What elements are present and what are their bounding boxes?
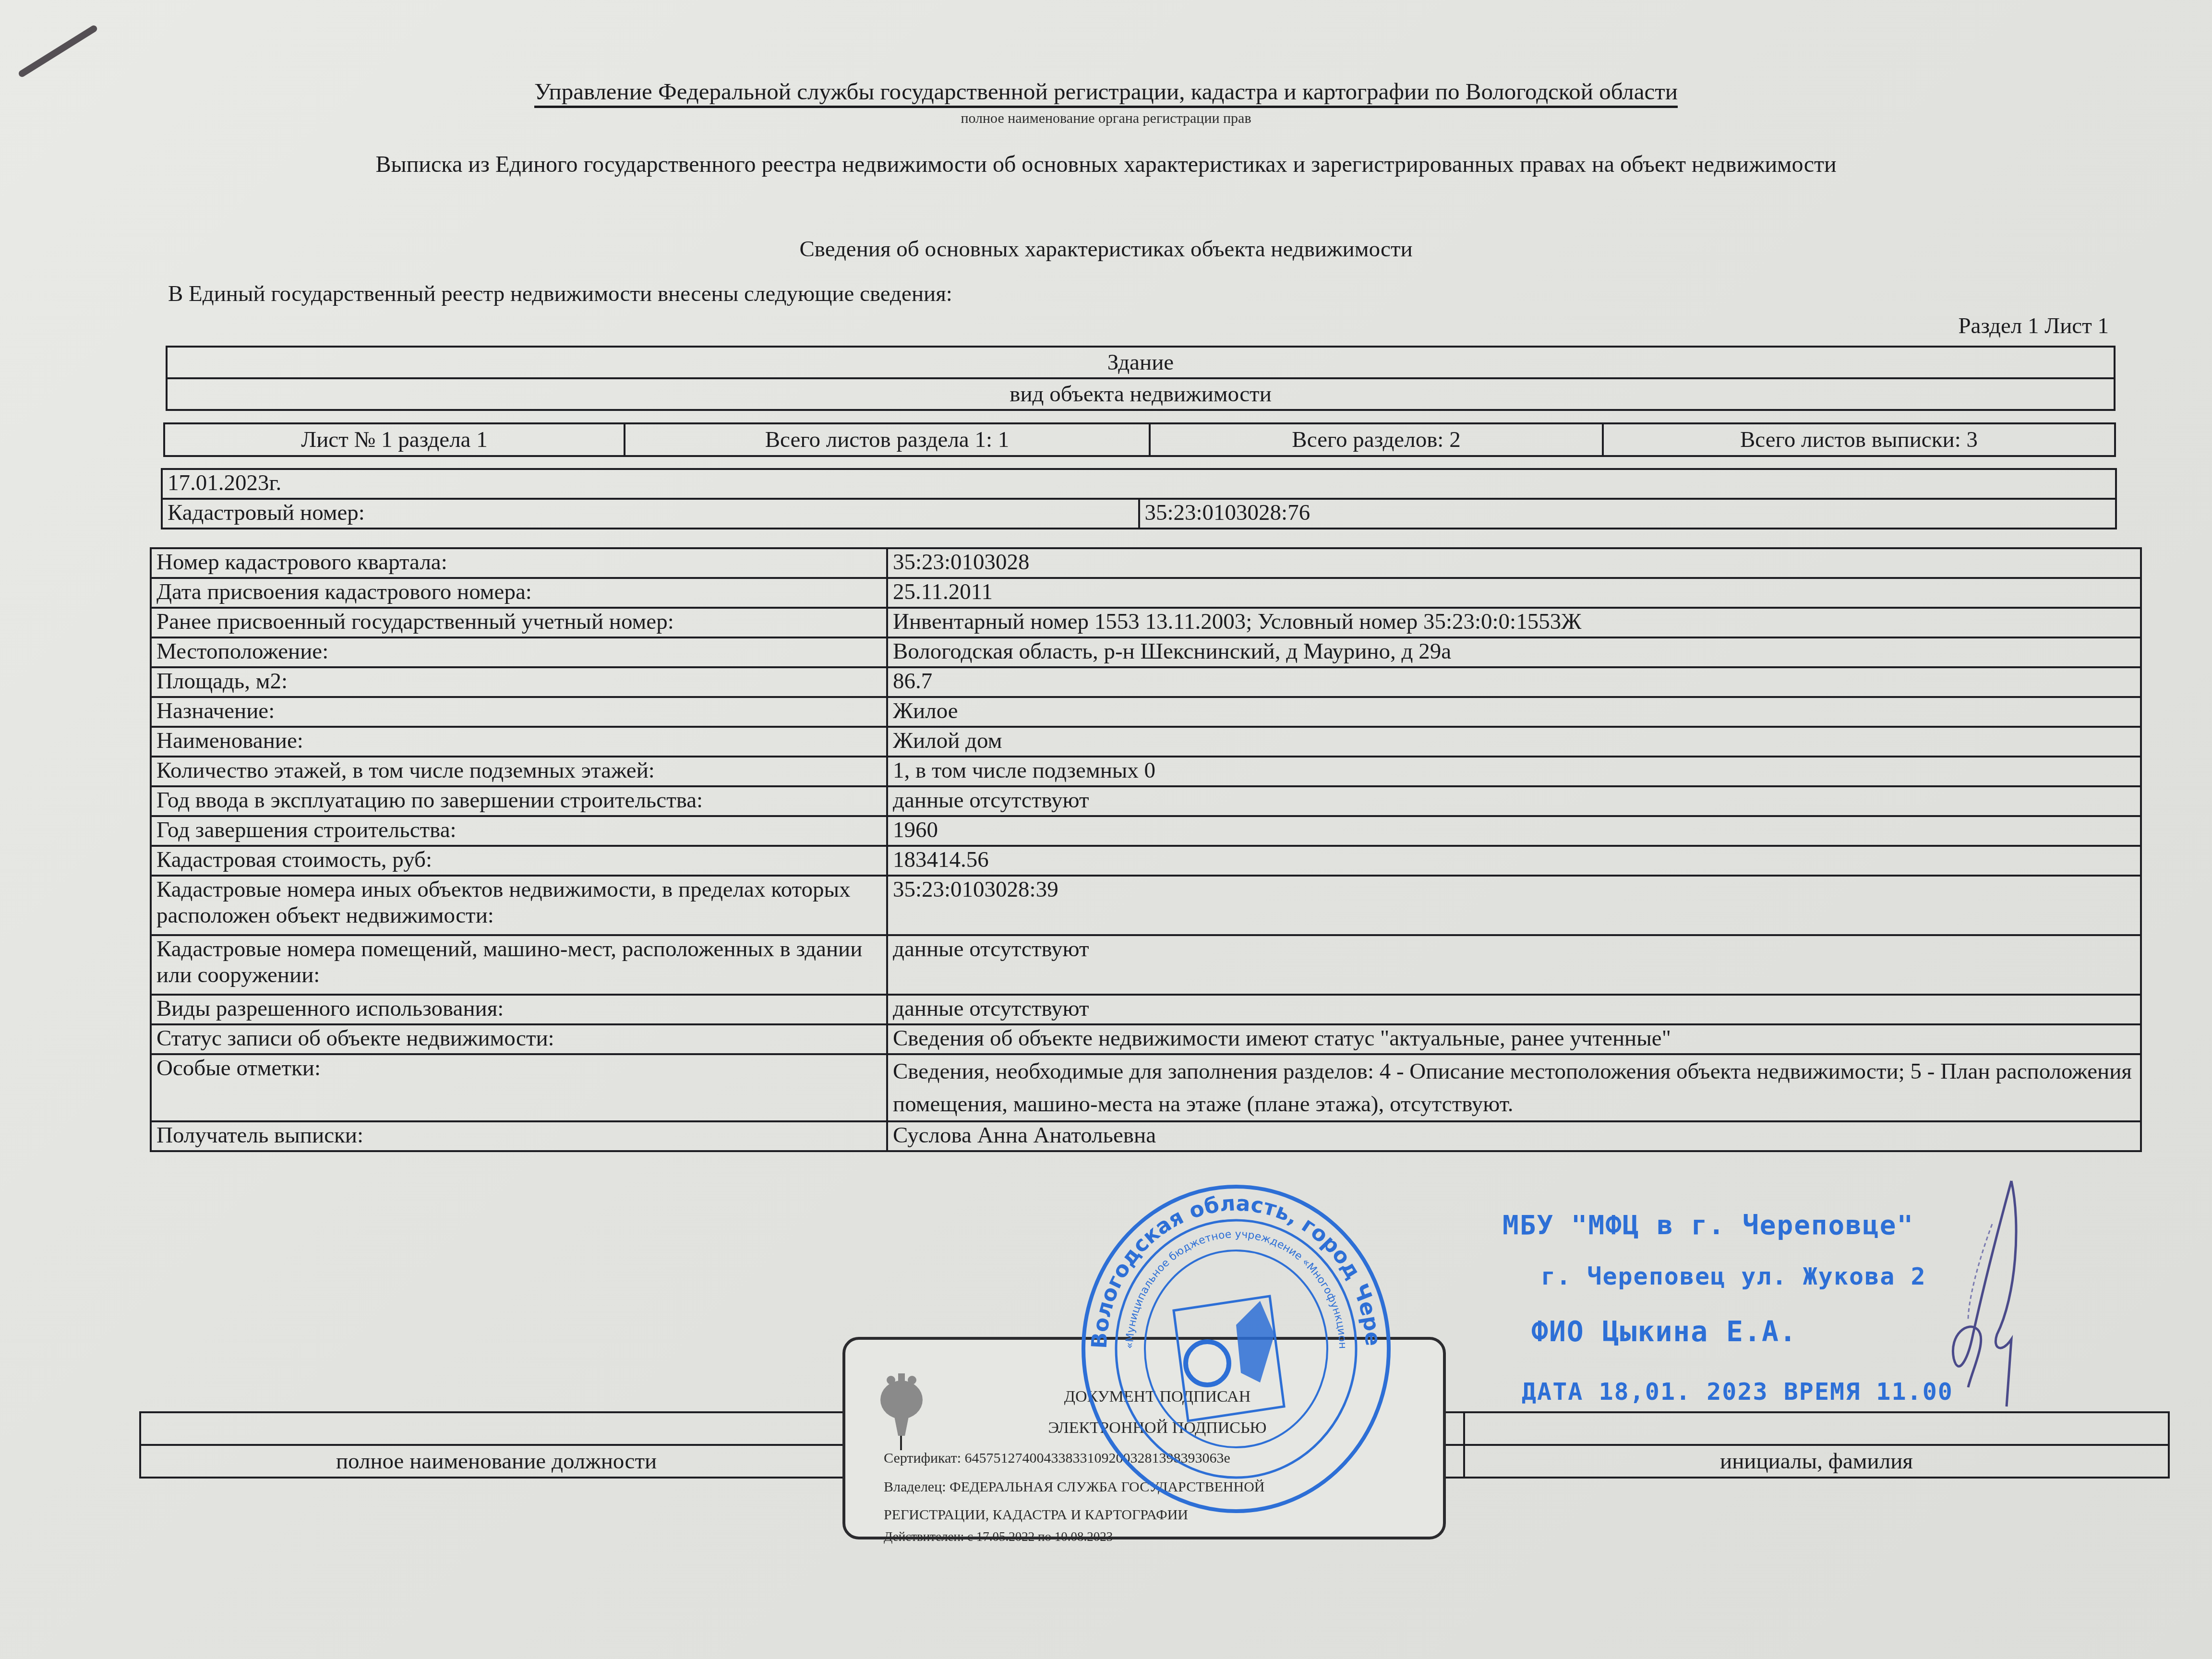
mfc-stamp-officer: ФИО Цыкина Е.А. — [1531, 1315, 1797, 1348]
row-label: Площадь, м2: — [151, 667, 887, 697]
organization-caption: полное наименование органа регистрации п… — [0, 110, 2212, 127]
sections-total: Всего разделов: 2 — [1150, 423, 1603, 456]
section-heading: Сведения об основных характеристиках объ… — [0, 236, 2212, 262]
sheet-info-table: Лист № 1 раздела 1 Всего листов раздела … — [163, 422, 2116, 457]
mfc-stamp-datetime: ДАТА 18,01. 2023 ВРЕМЯ 11.00 — [1522, 1378, 1953, 1406]
coat-of-arms-icon — [875, 1373, 928, 1450]
row-label: Виды разрешенного использования: — [151, 995, 887, 1024]
object-type-caption: вид объекта недвижимости — [167, 378, 2115, 410]
row-label: Кадастровая стоимость, руб: — [151, 846, 887, 876]
sheet-number: Лист № 1 раздела 1 — [164, 423, 625, 456]
row-label: Особые отметки: — [151, 1054, 887, 1121]
row-label: Год завершения строительства: — [151, 816, 887, 846]
table-row: Количество этажей, в том числе подземных… — [151, 757, 2141, 786]
mfc-stamp-org: МБУ "МФЦ в г. Череповце" — [1503, 1210, 1914, 1241]
row-label: Наименование: — [151, 727, 887, 757]
table-row: Статус записи об объекте недвижимости:Св… — [151, 1024, 2141, 1054]
object-type-table: Здание вид объекта недвижимости — [166, 346, 2116, 411]
intro-text: В Единый государственный реестр недвижим… — [168, 281, 952, 307]
row-value: Жилой дом — [887, 727, 2141, 757]
table-row: Кадастровые номера иных объектов недвижи… — [151, 876, 2141, 935]
table-row: Ранее присвоенный государственный учетны… — [151, 608, 2141, 637]
row-value: Сведения, необходимые для заполнения раз… — [887, 1054, 2141, 1121]
certificate-validity: Действителен: с 17.05.2022 по 10.08.2023 — [884, 1529, 1113, 1544]
cadastral-number-value: 35:23:0103028:76 — [1139, 499, 2116, 529]
row-label: Получатель выписки: — [151, 1121, 887, 1151]
table-row: Местоположение:Вологодская область, р-н … — [151, 637, 2141, 667]
table-row: Назначение:Жилое — [151, 697, 2141, 727]
row-label: Количество этажей, в том числе подземных… — [151, 757, 887, 786]
position-cell — [140, 1412, 853, 1445]
row-label: Статус записи об объекте недвижимости: — [151, 1024, 887, 1054]
extract-date: 17.01.2023г. — [162, 469, 2116, 499]
row-value: данные отсутствуют — [887, 935, 2141, 995]
table-row: Кадастровые номера помещений, машино-мес… — [151, 935, 2141, 995]
mfc-stamp-address: г. Череповец ул. Жукова 2 — [1541, 1262, 1926, 1290]
row-label: Местоположение: — [151, 637, 887, 667]
table-row: Наименование:Жилой дом — [151, 727, 2141, 757]
handwritten-signature — [1939, 1176, 2035, 1416]
row-value: 35:23:0103028 — [887, 548, 2141, 578]
object-type-value: Здание — [167, 347, 2115, 378]
table-row: Год ввода в эксплуатацию по завершении с… — [151, 786, 2141, 816]
row-value: данные отсутствуют — [887, 786, 2141, 816]
row-label: Год ввода в эксплуатацию по завершении с… — [151, 786, 887, 816]
table-row: Дата присвоения кадастрового номера:25.1… — [151, 578, 2141, 608]
document-title: Выписка из Единого государственного реес… — [0, 151, 2212, 178]
table-row: Кадастровая стоимость, руб:183414.56 — [151, 846, 2141, 876]
row-value: Сведения об объекте недвижимости имеют с… — [887, 1024, 2141, 1054]
organization-title: Управление Федеральной службы государств… — [0, 78, 2212, 105]
table-row: Особые отметки:Сведения, необходимые для… — [151, 1054, 2141, 1121]
table-row: Виды разрешенного использования:данные о… — [151, 995, 2141, 1024]
row-value: 1960 — [887, 816, 2141, 846]
identification-table: 17.01.2023г. Кадастровый номер: 35:23:01… — [161, 468, 2117, 529]
pen-mark — [17, 24, 98, 78]
row-value: 86.7 — [887, 667, 2141, 697]
row-value: 183414.56 — [887, 846, 2141, 876]
row-value: Инвентарный номер 1553 13.11.2003; Услов… — [887, 608, 2141, 637]
cadastral-number-label: Кадастровый номер: — [162, 499, 1139, 529]
section-sheet-label: Раздел 1 Лист 1 — [1958, 313, 2109, 339]
row-label: Кадастровые номера иных объектов недвижи… — [151, 876, 887, 935]
row-value: 1, в том числе подземных 0 — [887, 757, 2141, 786]
row-value: Жилое — [887, 697, 2141, 727]
row-label: Кадастровые номера помещений, машино-мес… — [151, 935, 887, 995]
name-caption: инициалы, фамилия — [1464, 1445, 2169, 1478]
name-cell — [1464, 1412, 2169, 1445]
row-label: Ранее присвоенный государственный учетны… — [151, 608, 887, 637]
section-sheets-total: Всего листов раздела 1: 1 — [625, 423, 1150, 456]
table-row: Площадь, м2:86.7 — [151, 667, 2141, 697]
row-value: Вологодская область, р-н Шекснинский, д … — [887, 637, 2141, 667]
extract-sheets-total: Всего листов выписки: 3 — [1603, 423, 2115, 456]
row-label: Назначение: — [151, 697, 887, 727]
characteristics-table: Номер кадастрового квартала:35:23:010302… — [150, 547, 2142, 1152]
row-label: Дата присвоения кадастрового номера: — [151, 578, 887, 608]
row-value: данные отсутствуют — [887, 995, 2141, 1024]
table-row: Номер кадастрового квартала:35:23:010302… — [151, 548, 2141, 578]
row-label: Номер кадастрового квартала: — [151, 548, 887, 578]
row-value: 25.11.2011 — [887, 578, 2141, 608]
table-row: Получатель выписки:Суслова Анна Анатолье… — [151, 1121, 2141, 1151]
table-row: Год завершения строительства:1960 — [151, 816, 2141, 846]
position-caption: полное наименование должности — [140, 1445, 853, 1478]
row-value: Суслова Анна Анатольевна — [887, 1121, 2141, 1151]
round-stamp: Вологодская область, город Череповец * Р… — [1078, 1181, 1395, 1517]
row-value: 35:23:0103028:39 — [887, 876, 2141, 935]
